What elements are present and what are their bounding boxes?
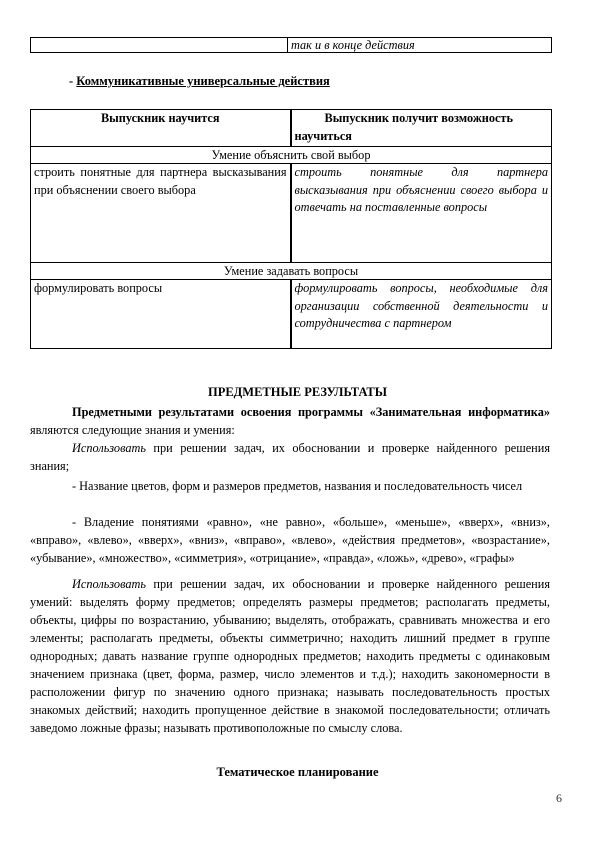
table-cell-left: строить понятные для партнера высказыван… (31, 164, 291, 263)
table-cell-right: строить понятные для партнера высказыван… (291, 164, 552, 263)
intro-bold: Предметными результатами освоения програ… (72, 405, 550, 419)
header-cell-can-learn: Выпускник получит возможность научиться (291, 110, 552, 147)
group-title: Умение объяснить свой выбор (31, 147, 552, 164)
paragraph-skills: Использовать при решении задач, их обосн… (30, 575, 550, 737)
section-heading-communicative: - Коммуникативные универсальные действия (69, 74, 330, 89)
page-number: 6 (556, 791, 562, 806)
paragraph-text: при решении задач, их обосновании и пров… (30, 577, 550, 735)
table-cell-left: формулировать вопросы (31, 280, 291, 349)
group-title-row: Умение объяснить свой выбор (31, 147, 552, 164)
table-row: так и в конце действия (31, 38, 552, 53)
section-title-planning: Тематическое планирование (0, 765, 595, 780)
header-cell-learns: Выпускник научится (31, 110, 291, 147)
list-item: - Название цветов, форм и размеров предм… (30, 477, 550, 495)
paragraph-intro: Предметными результатами освоения програ… (30, 403, 550, 439)
emphasis: Использовать (72, 577, 146, 591)
emphasis: Использовать (72, 441, 146, 455)
table-cell-left (31, 38, 288, 53)
group-title-row: Умение задавать вопросы (31, 263, 552, 280)
table-cell-right: формулировать вопросы, необходимые для о… (291, 280, 552, 349)
communicative-actions-table: Выпускник научится Выпускник получит воз… (30, 109, 552, 349)
table-header-row: Выпускник научится Выпускник получит воз… (31, 110, 552, 147)
table-row: строить понятные для партнера высказыван… (31, 164, 552, 263)
table-cell-right: так и в конце действия (288, 38, 552, 53)
heading-text: Коммуникативные универсальные действия (76, 74, 330, 88)
continued-table: так и в конце действия (30, 37, 552, 53)
section-title-subject-results: ПРЕДМЕТНЫЕ РЕЗУЛЬТАТЫ (0, 385, 595, 400)
intro-rest: являются следующие знания и умения: (30, 423, 235, 437)
table-row: формулировать вопросы формулировать вопр… (31, 280, 552, 349)
paragraph-knowledge: Использовать при решении задач, их обосн… (30, 439, 550, 475)
list-item: - Владение понятиями «равно», «не равно»… (30, 513, 550, 567)
group-title: Умение задавать вопросы (31, 263, 552, 280)
